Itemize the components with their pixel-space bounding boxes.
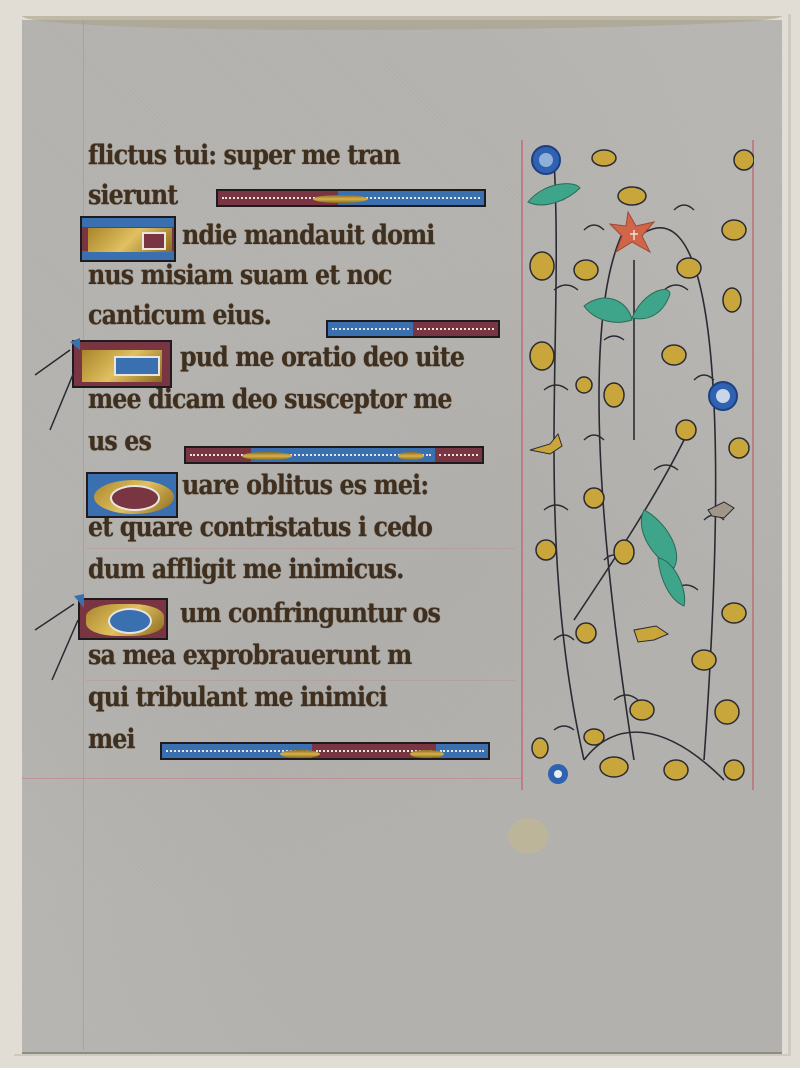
text-line-1: flictus tui: super me tran (88, 140, 400, 180)
text-line-6: pud me oratio deo uite (180, 342, 464, 382)
text-line-12: um confringuntur os (180, 598, 440, 638)
line-filler-3 (184, 446, 484, 464)
initial-inner (114, 356, 160, 376)
pen-flourish (30, 330, 100, 450)
line-filler-1 (216, 189, 486, 207)
line-filler-4 (160, 742, 490, 760)
text-line-7: mee dicam deo susceptor me (88, 384, 452, 424)
text-line-14: qui tribulant me inimici (88, 682, 387, 722)
vine-stems (554, 160, 724, 780)
filler-segment-blue (328, 322, 413, 336)
text-line-2: sierunt (88, 180, 177, 220)
parchment-stain (508, 818, 548, 854)
gold-accent (398, 452, 424, 460)
filler-segment-red (435, 448, 482, 462)
text-line-13: sa mea exprobrauerunt m (88, 640, 411, 680)
gold-accent (242, 452, 292, 460)
ruling-bottom (22, 778, 522, 779)
initial-Q (86, 472, 178, 518)
initial-inner (110, 485, 160, 511)
text-line-15: mei (88, 724, 135, 764)
border-rule-left (521, 140, 523, 790)
ruling-line (86, 680, 516, 681)
initial-I (80, 216, 176, 262)
ruling-vertical-left (83, 20, 84, 1050)
filler-segment-red (413, 322, 498, 336)
text-line-3: ndie mandauit domi (182, 220, 434, 260)
text-line-4: nus misiam suam et noc (88, 260, 392, 300)
text-line-9: uare oblitus es mei: (182, 470, 428, 510)
text-line-5: canticum eius. (88, 300, 271, 340)
initial-inner (108, 608, 152, 634)
initial-inner (142, 232, 166, 250)
filler-segment-blue (436, 744, 488, 758)
text-line-11: dum affligit me inimicus. (88, 554, 403, 594)
gold-accent (313, 195, 368, 203)
line-filler-2 (326, 320, 500, 338)
floral-border (524, 140, 754, 790)
gold-accent (410, 750, 444, 758)
pen-flourish (30, 590, 100, 690)
text-line-10: et quare contristatus i cedo (88, 512, 432, 552)
gold-accent (280, 750, 320, 758)
